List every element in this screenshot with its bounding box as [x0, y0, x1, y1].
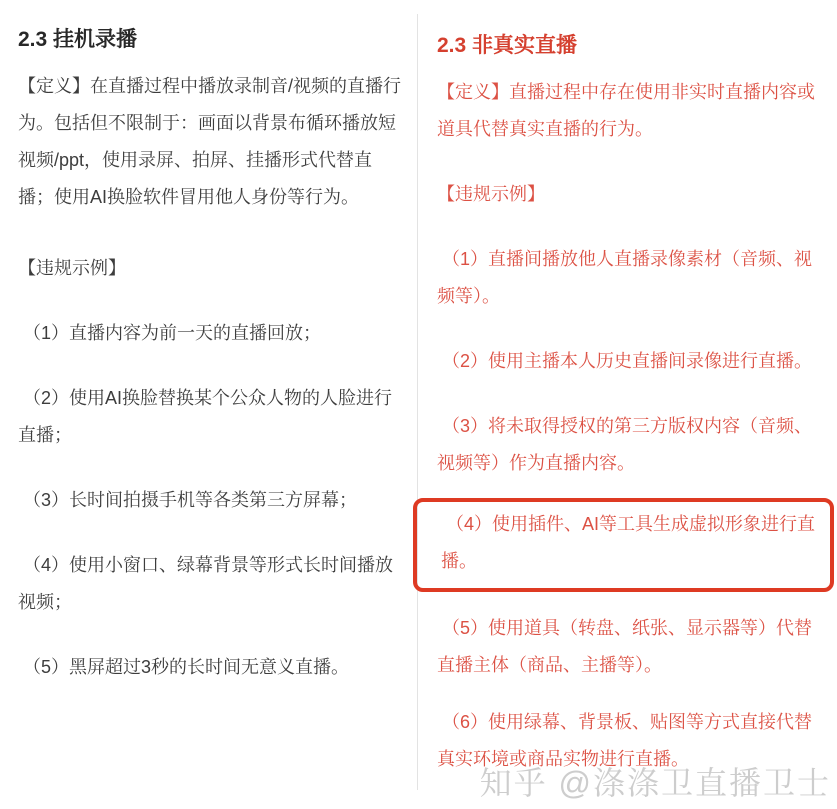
right-examples-label: 【违规示例】	[437, 176, 823, 213]
right-column: 2.3 非真实直播 【定义】直播过程中存在使用非实时直播内容或道具代替真实直播的…	[437, 0, 823, 778]
left-section-heading: 2.3 挂机录播	[18, 26, 402, 54]
right-section-heading: 2.3 非真实直播	[437, 32, 823, 60]
left-example-1: （1）直播内容为前一天的直播回放；	[18, 315, 402, 352]
right-definition: 【定义】直播过程中存在使用非实时直播内容或道具代替真实直播的行为。	[437, 74, 823, 148]
left-example-3: （3）长时间拍摄手机等各类第三方屏幕；	[18, 482, 402, 519]
right-example-4-highlighted: （4）使用插件、AI等工具生成虚拟形象进行直播。	[441, 506, 823, 580]
left-examples-label: 【违规示例】	[18, 250, 402, 287]
zhihu-watermark: 知乎 @涤涤卫直播卫士	[480, 763, 831, 803]
left-example-5: （5）黑屏超过3秒的长时间无意义直播。	[18, 649, 402, 686]
left-example-2: （2）使用AI换脸替换某个公众人物的人脸进行直播；	[18, 380, 402, 454]
left-definition: 【定义】在直播过程中播放录制音/视频的直播行为。包括但不限制于：画面以背景布循环…	[18, 68, 402, 216]
right-example-1: （1）直播间播放他人直播录像素材（音频、视频等）。	[437, 241, 823, 315]
right-example-5: （5）使用道具（转盘、纸张、显示器等）代替直播主体（商品、主播等）。	[437, 610, 823, 684]
left-column: 2.3 挂机录播 【定义】在直播过程中播放录制音/视频的直播行为。包括但不限制于…	[18, 0, 402, 686]
document-page: 2.3 挂机录播 【定义】在直播过程中播放录制音/视频的直播行为。包括但不限制于…	[0, 0, 837, 809]
column-divider	[417, 14, 418, 790]
highlight-annotation-box: （4）使用插件、AI等工具生成虚拟形象进行直播。	[413, 498, 834, 592]
left-example-4: （4）使用小窗口、绿幕背景等形式长时间播放视频；	[18, 547, 402, 621]
right-example-3: （3）将未取得授权的第三方版权内容（音频、视频等）作为直播内容。	[437, 408, 823, 482]
right-example-2: （2）使用主播本人历史直播间录像进行直播。	[437, 343, 823, 380]
